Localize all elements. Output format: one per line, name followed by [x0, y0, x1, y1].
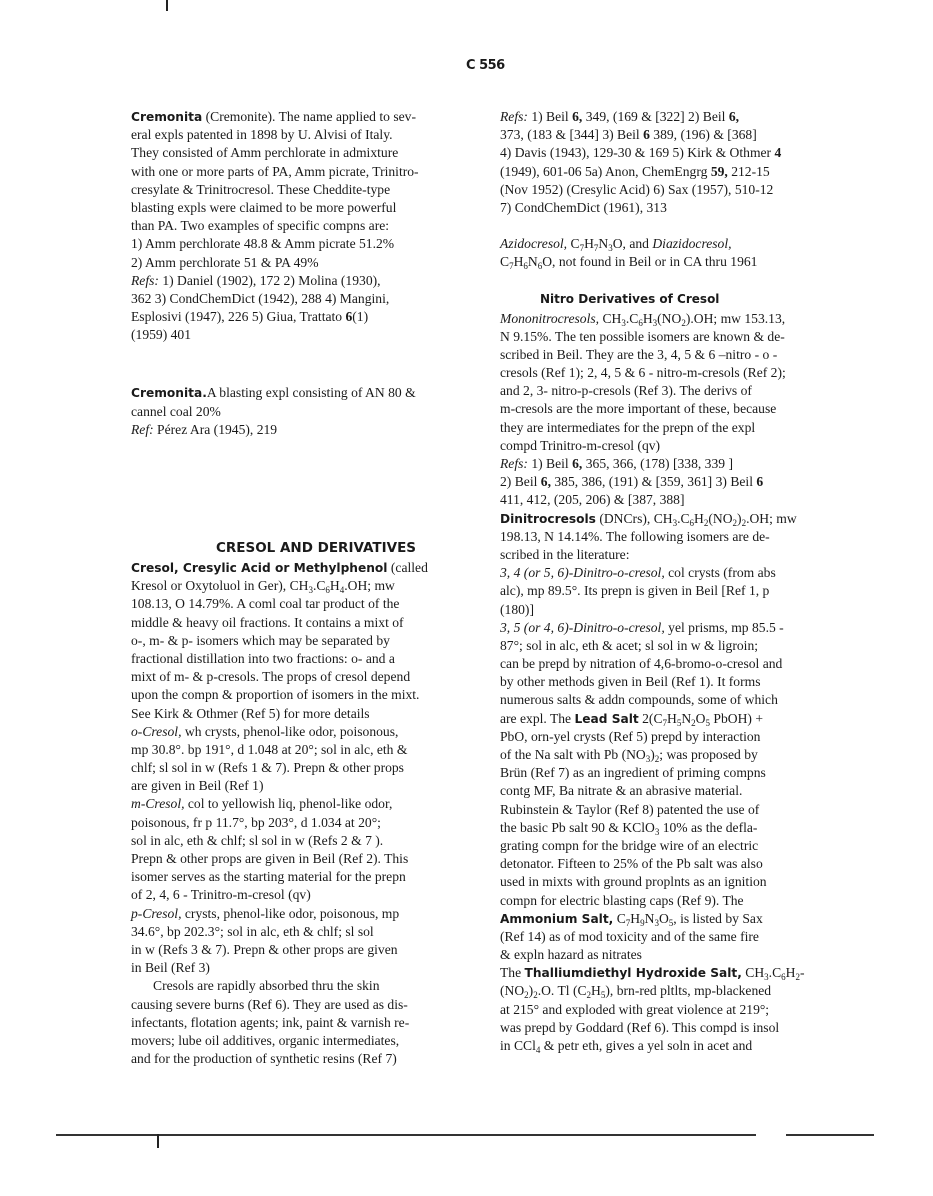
- text-line: middle & heavy oil fractions. It contain…: [131, 614, 501, 632]
- text-line: Ammonium Salt, C7H9N3O5, is listed by Sa…: [500, 910, 870, 928]
- text-line: they are intermediates for the prepn of …: [500, 419, 870, 437]
- text-line: The Thalliumdiethyl Hydroxide Salt, CH3.…: [500, 964, 870, 982]
- text-line: 3, 5 (or 4, 6)-Dinitro-o-cresol, yel pri…: [500, 619, 870, 637]
- text-line: and 2, 3- nitro-p-cresols (Ref 3). The d…: [500, 382, 870, 400]
- text-line: was prepd by Goddard (Ref 6). This compd…: [500, 1019, 870, 1037]
- text-line: Cremonita.A blasting expl consisting of …: [131, 384, 501, 402]
- text-line: N 9.15%. The ten possible isomers are kn…: [500, 328, 870, 346]
- text-line: in w (Refs 3 & 7). Prepn & other props a…: [131, 941, 501, 959]
- text-line: alc), mp 89.5°. Its prepn is given in Be…: [500, 582, 870, 600]
- entry-dinitrocresols: Dinitrocresols (DNCrs), CH3.C6H2(NO2)2.O…: [500, 510, 870, 565]
- text-line: compd Trinitro-m-cresol (qv): [500, 437, 870, 455]
- text-line: of 2, 4, 6 - Trinitro-m-cresol (qv): [131, 886, 501, 904]
- text-line: Esplosivi (1947), 226 5) Giua, Trattato …: [131, 308, 501, 326]
- text-line: than PA. Two examples of specific compns…: [131, 217, 501, 235]
- text-line: in CCl4 & petr eth, gives a yel soln in …: [500, 1037, 870, 1055]
- text-line: are given in Beil (Ref 1): [131, 777, 501, 795]
- text-line: o-, m- & p- isomers which may be separat…: [131, 632, 501, 650]
- entry-3-4-dinitro-o-cresol: 3, 4 (or 5, 6)-Dinitro-o-cresol, col cry…: [500, 564, 870, 619]
- text-line: PbO, orn-yel crysts (Ref 5) prepd by int…: [500, 728, 870, 746]
- text-line: Ref: Pérez Ara (1945), 219: [131, 421, 501, 439]
- text-line: used in mixts with ground proplnts as an…: [500, 873, 870, 891]
- text-line: m-cresols are the more important of thes…: [500, 400, 870, 418]
- text-line: 108.13, O 14.79%. A coml coal tar produc…: [131, 595, 501, 613]
- text-line: Kresol or Oxytoluol in Ger), CH3.C6H4.OH…: [131, 577, 501, 595]
- text-line: & expln hazard as nitrates: [500, 946, 870, 964]
- text-line: eral expls patented in 1898 by U. Alvisi…: [131, 126, 501, 144]
- entry-term: Mononitrocresols,: [500, 311, 599, 326]
- entry-term: Dinitrocresols: [500, 512, 596, 526]
- subsection-heading: Nitro Derivatives of Cresol: [500, 290, 870, 310]
- footer-rule-right: [786, 1134, 874, 1136]
- text-line: sol in alc, eth & chlf; sl sol in w (Ref…: [131, 832, 501, 850]
- text-line: mp 30.8°. bp 191°, d 1.048 at 20°; sol i…: [131, 741, 501, 759]
- text-line: are expl. The Lead Salt 2(C7H5N2O5 PbOH)…: [500, 710, 870, 728]
- entry-term: Cremonita.: [131, 386, 207, 400]
- entry-term: 3, 4 (or 5, 6)-Dinitro-o-cresol,: [500, 565, 665, 580]
- text-line: (180)]: [500, 601, 870, 619]
- text-line: 411, 412, (205, 206) & [387, 388]: [500, 491, 870, 509]
- entry-ammonium-salt: Ammonium Salt, C7H9N3O5, is listed by Sa…: [500, 910, 870, 965]
- text-line: m-Cresol, col to yellowish liq, phenol-l…: [131, 795, 501, 813]
- text-line: cresols (Ref 1); 2, 4, 5 & 6 - nitro-m-c…: [500, 364, 870, 382]
- entry-term: Azidocresol,: [500, 236, 567, 251]
- text-line: numerous salts & addn compounds, some of…: [500, 691, 870, 709]
- section-heading: CRESOL AND DERIVATIVES: [131, 539, 501, 559]
- text-line: scribed in Beil. They are the 3, 4, 5 & …: [500, 346, 870, 364]
- text-line: Dinitrocresols (DNCrs), CH3.C6H2(NO2)2.O…: [500, 510, 870, 528]
- text-line: causing severe burns (Ref 6). They are u…: [131, 996, 501, 1014]
- entry-term: Ammonium Salt,: [500, 912, 613, 926]
- entry-term: Lead Salt: [574, 712, 638, 726]
- text-line: 4) Davis (1943), 129-30 & 169 5) Kirk & …: [500, 144, 870, 162]
- cresol-refs: Refs: 1) Beil 6, 349, (169 & [322] 2) Be…: [500, 108, 870, 217]
- text-line: Mononitrocresols, CH3.C6H3(NO2).OH; mw 1…: [500, 310, 870, 328]
- text-line: with one or more parts of PA, Amm picrat…: [131, 163, 501, 181]
- text-line: They consisted of Amm perchlorate in adm…: [131, 144, 501, 162]
- left-column: Cremonita (Cremonite). The name applied …: [131, 108, 501, 1068]
- entry-cremonita: Cremonita (Cremonite). The name applied …: [131, 108, 501, 344]
- text-line: Cremonita (Cremonite). The name applied …: [131, 108, 501, 126]
- entry-term: Cresol, Cresylic Acid or Methylphenol: [131, 561, 387, 575]
- text-line: C7H6N6O, not found in Beil or in CA thru…: [500, 253, 870, 271]
- text-line: p-Cresol, crysts, phenol-like odor, pois…: [131, 905, 501, 923]
- text-line: (1949), 601-06 5a) Anon, ChemEngrg 59, 2…: [500, 163, 870, 181]
- text-line: upon the compn & proportion of isomers i…: [131, 686, 501, 704]
- entry-lead-salt: are expl. The Lead Salt 2(C7H5N2O5 PbOH)…: [500, 710, 870, 910]
- text-line: cannel coal 20%: [131, 403, 501, 421]
- right-column: Refs: 1) Beil 6, 349, (169 & [322] 2) Be…: [500, 108, 870, 1055]
- entry-term: o-Cresol,: [131, 724, 181, 739]
- text-line: at 215° and exploded with great violence…: [500, 1001, 870, 1019]
- text-line: compn for electric blasting caps (Ref 9)…: [500, 892, 870, 910]
- text-line: Refs: 1) Beil 6, 349, (169 & [322] 2) Be…: [500, 108, 870, 126]
- text-line: Azidocresol, C7H7N3O, and Diazidocresol,: [500, 235, 870, 253]
- text-line: blasting expls were claimed to be more p…: [131, 199, 501, 217]
- entry-term: m-Cresol,: [131, 796, 185, 811]
- page-number: C 556: [466, 58, 505, 73]
- text-line: o-Cresol, wh crysts, phenol-like odor, p…: [131, 723, 501, 741]
- text-line: movers; lube oil additives, organic inte…: [131, 1032, 501, 1050]
- text-line: (Ref 14) as of mod toxicity and of the s…: [500, 928, 870, 946]
- text-line: 3, 4 (or 5, 6)-Dinitro-o-cresol, col cry…: [500, 564, 870, 582]
- text-line: Brün (Ref 7) as an ingredient of priming…: [500, 764, 870, 782]
- text-line: Rubinstein & Taylor (Ref 8) patented the…: [500, 801, 870, 819]
- text-line: Prepn & other props are given in Beil (R…: [131, 850, 501, 868]
- scan-mark-top: [166, 0, 168, 11]
- text-line: of the Na salt with Pb (NO3)2; was propo…: [500, 746, 870, 764]
- refs-label: Refs:: [131, 273, 159, 288]
- text-line: grating compn for the bridge wire of an …: [500, 837, 870, 855]
- entry-cremonita-2: Cremonita.A blasting expl consisting of …: [131, 384, 501, 439]
- text-line: can be prepd by nitration of 4,6-bromo-o…: [500, 655, 870, 673]
- entry-term: p-Cresol,: [131, 906, 181, 921]
- text-line: 2) Beil 6, 385, 386, (191) & [359, 361] …: [500, 473, 870, 491]
- text-line: (Nov 1952) (Cresylic Acid) 6) Sax (1957)…: [500, 181, 870, 199]
- text-line: 34.6°, bp 202.3°; sol in alc, eth & chlf…: [131, 923, 501, 941]
- text-line: (1959) 401: [131, 326, 501, 344]
- entry-term: Cremonita: [131, 110, 202, 124]
- text-line: 373, (183 & [344] 3) Beil 6 389, (196) &…: [500, 126, 870, 144]
- text-line: 7) CondChemDict (1961), 313: [500, 199, 870, 217]
- entry-p-cresol: p-Cresol, crysts, phenol-like odor, pois…: [131, 905, 501, 978]
- text-line: 1) Amm perchlorate 48.8 & Amm picrate 51…: [131, 235, 501, 253]
- text-line: fractional distillation into two fractio…: [131, 650, 501, 668]
- scan-mark-bottom: [157, 1134, 159, 1148]
- entry-m-cresol: m-Cresol, col to yellowish liq, phenol-l…: [131, 795, 501, 904]
- text-line: the basic Pb salt 90 & KClO3 10% as the …: [500, 819, 870, 837]
- entry-mononitrocresols: Mononitrocresols, CH3.C6H3(NO2).OH; mw 1…: [500, 310, 870, 510]
- text-line: 362 3) CondChemDict (1942), 288 4) Mangi…: [131, 290, 501, 308]
- text-line: Cresol, Cresylic Acid or Methylphenol (c…: [131, 559, 501, 577]
- paragraph-cresols-usage: Cresols are rapidly absorbed thru the sk…: [131, 977, 501, 1068]
- entry-o-cresol: o-Cresol, wh crysts, phenol-like odor, p…: [131, 723, 501, 796]
- text-line: scribed in the literature:: [500, 546, 870, 564]
- text-line: poisonous, fr p 11.7°, bp 203°, d 1.034 …: [131, 814, 501, 832]
- entry-azidocresol: Azidocresol, C7H7N3O, and Diazidocresol,…: [500, 235, 870, 271]
- text-line: Refs: 1) Daniel (1902), 172 2) Molina (1…: [131, 272, 501, 290]
- text-line: 2) Amm perchlorate 51 & PA 49%: [131, 254, 501, 272]
- text-line: Cresols are rapidly absorbed thru the sk…: [131, 977, 501, 995]
- footer-rule: [56, 1134, 756, 1136]
- text-line: by other methods given in Beil (Ref 1). …: [500, 673, 870, 691]
- text-line: and for the production of synthetic resi…: [131, 1050, 501, 1068]
- text-line: chlf; sl sol in w (Refs 1 & 7). Prepn & …: [131, 759, 501, 777]
- text-line: 198.13, N 14.14%. The following isomers …: [500, 528, 870, 546]
- text-line: mixt of m- & p-cresols. The props of cre…: [131, 668, 501, 686]
- entry-term: Thalliumdiethyl Hydroxide Salt,: [525, 966, 742, 980]
- entry-3-5-dinitro-o-cresol: 3, 5 (or 4, 6)-Dinitro-o-cresol, yel pri…: [500, 619, 870, 710]
- entry-thallium-salt: The Thalliumdiethyl Hydroxide Salt, CH3.…: [500, 964, 870, 1055]
- text-line: cresylate & Trinitrocresol. These Cheddi…: [131, 181, 501, 199]
- entry-term: 3, 5 (or 4, 6)-Dinitro-o-cresol,: [500, 620, 665, 635]
- text-line: 87°; sol in alc, eth & acet; sl sol in w…: [500, 637, 870, 655]
- text-line: Refs: 1) Beil 6, 365, 366, (178) [338, 3…: [500, 455, 870, 473]
- text-line: See Kirk & Othmer (Ref 5) for more detai…: [131, 705, 501, 723]
- entry-cresol: Cresol, Cresylic Acid or Methylphenol (c…: [131, 559, 501, 723]
- text-line: (NO2)2.O. Tl (C2H5), brn-red pltlts, mp-…: [500, 982, 870, 1000]
- text-line: contg MF, Ba nitrate & an abrasive mater…: [500, 782, 870, 800]
- text-line: isomer serves as the starting material f…: [131, 868, 501, 886]
- text-line: in Beil (Ref 3): [131, 959, 501, 977]
- text-line: detonator. Fifteen to 25% of the Pb salt…: [500, 855, 870, 873]
- text-line: infectants, flotation agents; ink, paint…: [131, 1014, 501, 1032]
